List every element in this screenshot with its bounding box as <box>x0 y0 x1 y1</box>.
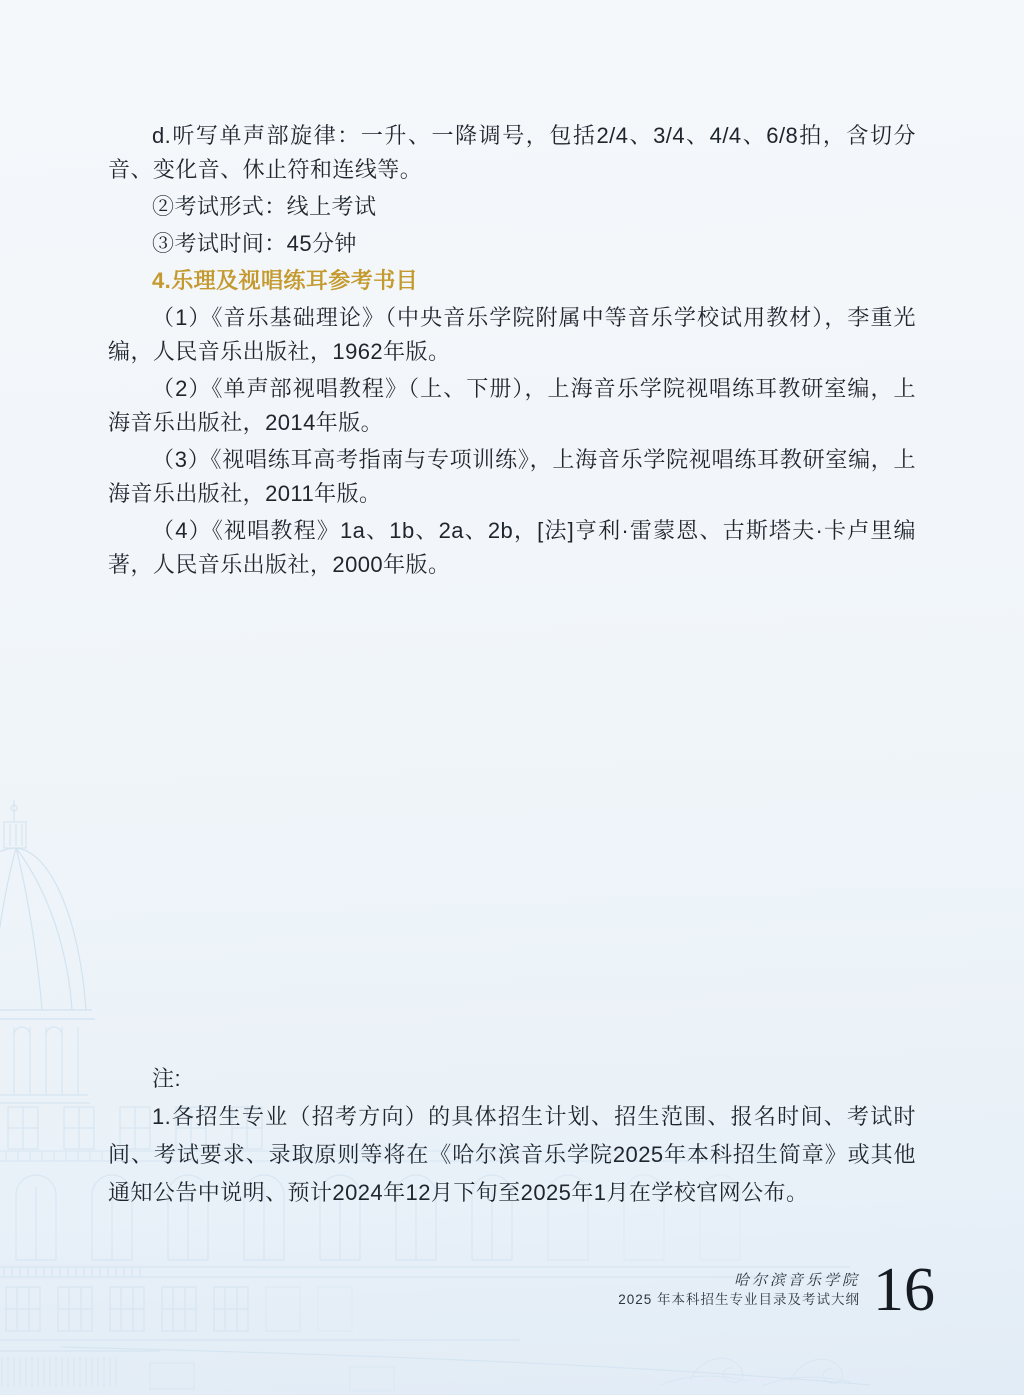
exam-format-line: ②考试形式：线上考试 <box>108 190 916 224</box>
footer-meta: 哈尔滨音乐学院 2025 年本科招生专业目录及考试大纲 <box>618 1271 860 1309</box>
note-section: 注: 1.各招生专业（招考方向）的具体招生计划、招生范围、报名时间、考试时间、考… <box>108 1060 916 1212</box>
reference-book-item-3: （3）《视唱练耳高考指南与专项训练》，上海音乐学院视唱练耳教研室编，上海音乐出版… <box>108 443 916 511</box>
dome-drum <box>0 1027 90 1103</box>
document-page: d.听写单声部旋律：一升、一降调号，包括2/4、3/4、4/4、6/8拍，含切分… <box>0 0 1024 1395</box>
swirl-ornaments <box>660 1358 850 1386</box>
note-item-1: 1.各招生专业（招考方向）的具体招生计划、招生范围、报名时间、考试时间、考试要求… <box>108 1098 916 1212</box>
footer-institution-name: 哈尔滨音乐学院 <box>618 1271 860 1289</box>
dictation-item-paragraph: d.听写单声部旋律：一升、一降调号，包括2/4、3/4、4/4、6/8拍，含切分… <box>108 119 916 187</box>
page-number: 16 <box>873 1262 935 1318</box>
bottom-hatch <box>2 1357 394 1391</box>
footer-document-title: 2025 年本科招生专业目录及考试大纲 <box>618 1291 860 1309</box>
note-label: 注: <box>108 1060 916 1098</box>
base-window-row <box>6 1287 352 1331</box>
reference-books-heading: 4.乐理及视唱练耳参考书目 <box>108 264 916 298</box>
dome-lantern <box>4 800 26 848</box>
reference-book-item-4: （4）《视唱教程》1a、1b、2a、2b，[法]亨利·雷蒙恩、古斯塔夫·卡卢里编… <box>108 514 916 582</box>
reference-book-item-2: （2）《单声部视唱教程》（上、下册），上海音乐学院视唱练耳教研室编，上海音乐出版… <box>108 372 916 440</box>
exam-duration-line: ③考试时间：45分钟 <box>108 227 916 261</box>
reference-book-item-1: （1）《音乐基础理论》（中央音乐学院附属中等音乐学校试用教材），李重光编，人民音… <box>108 301 916 369</box>
syllabus-content: d.听写单声部旋律：一升、一降调号，包括2/4、3/4、4/4、6/8拍，含切分… <box>108 119 916 585</box>
dome-outline <box>0 848 95 1019</box>
base-lines <box>0 1340 870 1385</box>
page-footer: 哈尔滨音乐学院 2025 年本科招生专业目录及考试大纲 16 <box>618 1262 935 1318</box>
